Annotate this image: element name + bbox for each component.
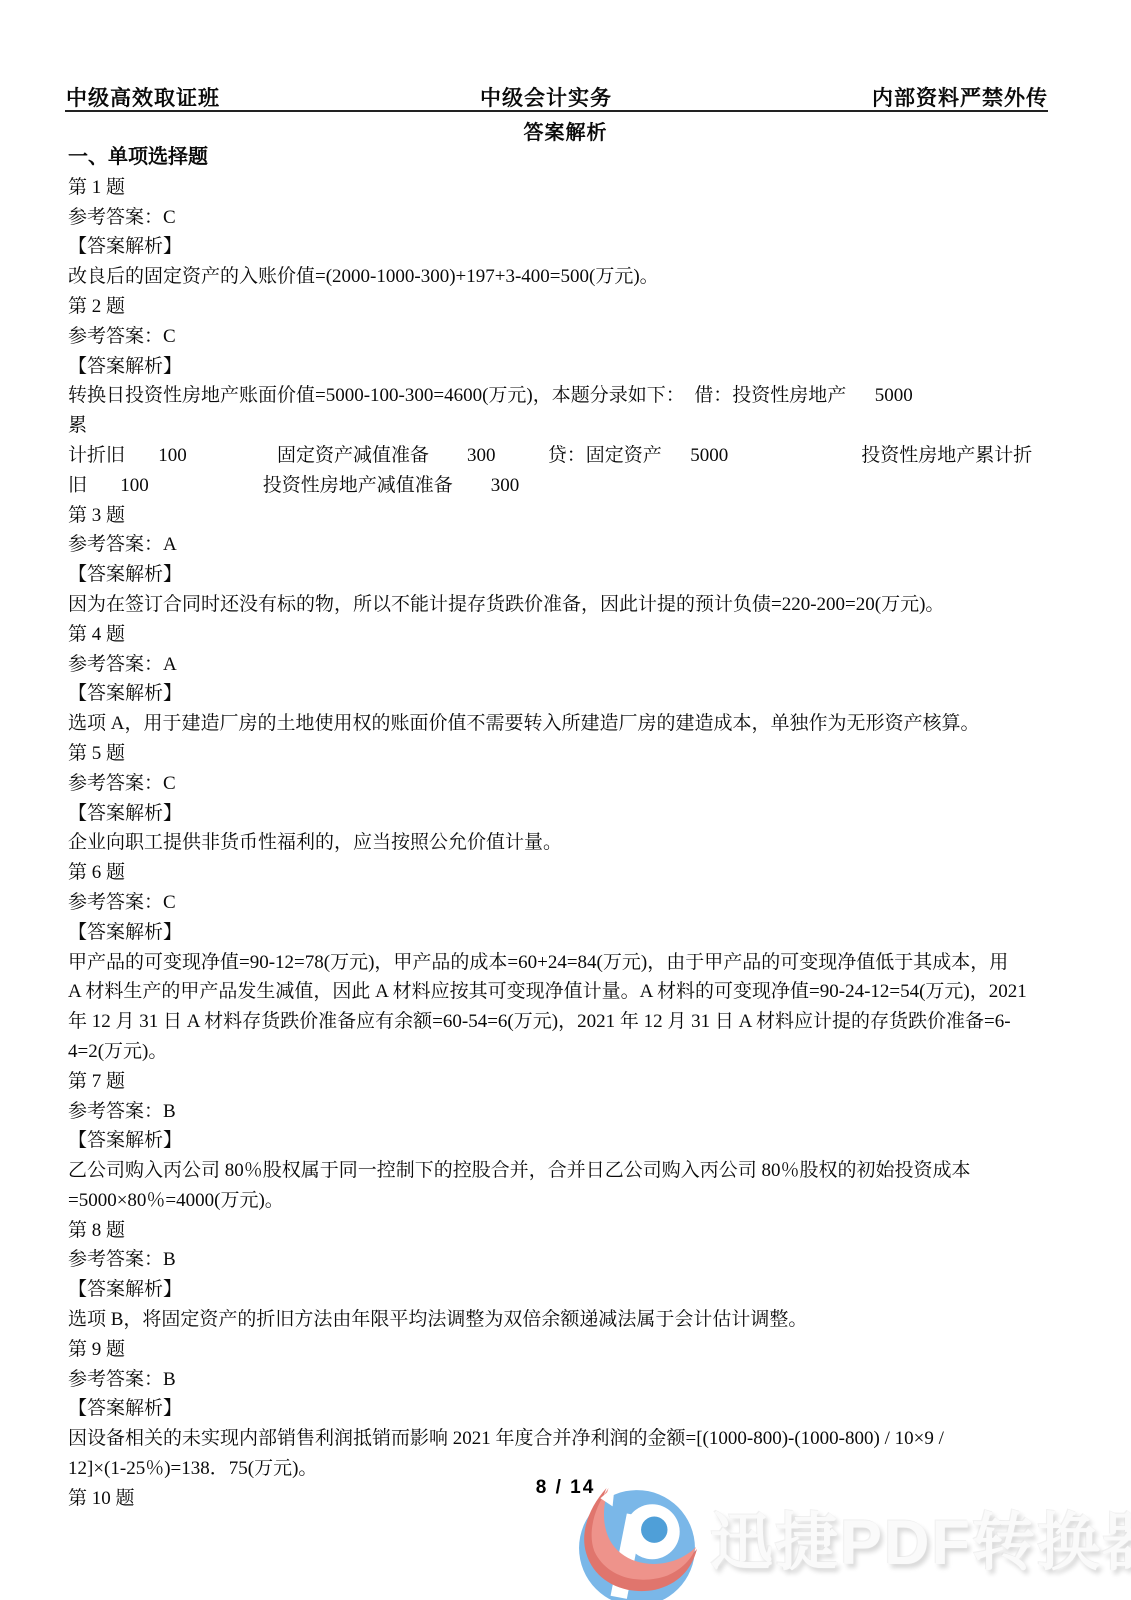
analysis-lines: 甲产品的可变现净值=90-12=78(万元)，甲产品的成本=60+24=84(万… <box>68 948 1047 1067</box>
analysis-line: 因设备相关的未实现内部销售利润抵销而影响 2021 年度合并净利润的金额=[(1… <box>68 1424 1047 1454</box>
question-block: 第 7 题 参考答案：B 【答案解析】 乙公司购入丙公司 80％股权属于同一控制… <box>68 1067 1047 1216</box>
analysis-line: 改良后的固定资产的入账价值=(2000-1000-300)+197+3-400=… <box>68 262 1047 292</box>
answers-content: 一、单项选择题 第 1 题 参考答案：C 【答案解析】 改良后的固定资产的入账价… <box>68 143 1047 1514</box>
analysis-heading: 【答案解析】 <box>68 560 1047 590</box>
analysis-line: 年 12 月 31 日 A 材料存货跌价准备应有余额=60-54=6(万元)，2… <box>68 1007 1047 1037</box>
analysis-lines: 因为在签订合同时还没有标的物，所以不能计提存货跌价准备，因此计提的预计负债=22… <box>68 590 1047 620</box>
analysis-line: 转换日投资性房地产账面价值=5000-100-300=4600(万元)，本题分录… <box>68 381 1047 441</box>
header-center: 中级会计实务 <box>480 82 612 112</box>
analysis-heading: 【答案解析】 <box>68 679 1047 709</box>
question-label: 第 2 题 <box>68 292 1047 322</box>
answer-line: 参考答案：B <box>68 1245 1047 1275</box>
header-left: 中级高效取证班 <box>66 82 220 112</box>
question-label: 第 1 题 <box>68 173 1047 203</box>
analysis-line: 选项 B，将固定资产的折旧方法由年限平均法调整为双倍余额递减法属于会计估计调整。 <box>68 1305 1047 1335</box>
analysis-line: =5000×80％=4000(万元)。 <box>68 1186 1047 1216</box>
answer-line: 参考答案：C <box>68 322 1047 352</box>
analysis-lines: 企业向职工提供非货币性福利的，应当按照公允价值计量。 <box>68 828 1047 858</box>
analysis-heading: 【答案解析】 <box>68 352 1047 382</box>
watermark: 迅捷PDF转换器 <box>576 1486 1131 1600</box>
header-divider <box>65 110 1048 112</box>
analysis-lines: 转换日投资性房地产账面价值=5000-100-300=4600(万元)，本题分录… <box>68 381 1047 500</box>
analysis-lines: 选项 A，用于建造厂房的土地使用权的账面价值不需要转入所建造厂房的建造成本，单独… <box>68 709 1047 739</box>
page-number: 8 / 14 <box>0 1477 1131 1499</box>
question-block: 第 2 题 参考答案：C 【答案解析】 转换日投资性房地产账面价值=5000-1… <box>68 292 1047 501</box>
analysis-heading: 【答案解析】 <box>68 1126 1047 1156</box>
analysis-line: 甲产品的可变现净值=90-12=78(万元)，甲产品的成本=60+24=84(万… <box>68 948 1047 978</box>
header-right: 内部资料严禁外传 <box>872 82 1048 112</box>
analysis-line: A 材料生产的甲产品发生减值，因此 A 材料应按其可变现净值计量。A 材料的可变… <box>68 977 1047 1007</box>
analysis-heading: 【答案解析】 <box>68 1394 1047 1424</box>
analysis-lines: 选项 B，将固定资产的折旧方法由年限平均法调整为双倍余额递减法属于会计估计调整。 <box>68 1305 1047 1335</box>
question-label: 第 3 题 <box>68 501 1047 531</box>
analysis-heading: 【答案解析】 <box>68 232 1047 262</box>
analysis-line: 4=2(万元)。 <box>68 1037 1047 1067</box>
analysis-line: 选项 A，用于建造厂房的土地使用权的账面价值不需要转入所建造厂房的建造成本，单独… <box>68 709 1047 739</box>
question-label: 第 5 题 <box>68 739 1047 769</box>
question-label: 第 6 题 <box>68 858 1047 888</box>
pdf-page: 中级高效取证班 中级会计实务 内部资料严禁外传 答案解析 一、单项选择题 第 1… <box>0 0 1131 1600</box>
question-block: 第 5 题 参考答案：C 【答案解析】 企业向职工提供非货币性福利的，应当按照公… <box>68 739 1047 858</box>
analysis-line: 企业向职工提供非货币性福利的，应当按照公允价值计量。 <box>68 828 1047 858</box>
question-label: 第 8 题 <box>68 1216 1047 1246</box>
analysis-lines: 因设备相关的未实现内部销售利润抵销而影响 2021 年度合并净利润的金额=[(1… <box>68 1424 1047 1484</box>
answer-line: 参考答案：C <box>68 203 1047 233</box>
question-label: 第 7 题 <box>68 1067 1047 1097</box>
analysis-line: 因为在签订合同时还没有标的物，所以不能计提存货跌价准备，因此计提的预计负债=22… <box>68 590 1047 620</box>
analysis-heading: 【答案解析】 <box>68 1275 1047 1305</box>
question-block: 第 6 题 参考答案：C 【答案解析】 甲产品的可变现净值=90-12=78(万… <box>68 858 1047 1067</box>
question-block: 第 4 题 参考答案：A 【答案解析】 选项 A，用于建造厂房的土地使用权的账面… <box>68 620 1047 739</box>
answer-line: 参考答案：B <box>68 1365 1047 1395</box>
page-title: 答案解析 <box>0 116 1131 145</box>
question-block: 第 1 题 参考答案：C 【答案解析】 改良后的固定资产的入账价值=(2000-… <box>68 173 1047 292</box>
analysis-line: 旧 100 投资性房地产减值准备 300 <box>68 471 1047 501</box>
questions-list: 第 1 题 参考答案：C 【答案解析】 改良后的固定资产的入账价值=(2000-… <box>68 173 1047 1514</box>
question-label: 第 9 题 <box>68 1335 1047 1365</box>
xunjie-pdf-converter-logo-icon <box>576 1486 698 1600</box>
analysis-lines: 改良后的固定资产的入账价值=(2000-1000-300)+197+3-400=… <box>68 262 1047 292</box>
page-header: 中级高效取证班 中级会计实务 内部资料严禁外传 <box>66 82 1048 112</box>
analysis-line: 乙公司购入丙公司 80％股权属于同一控制下的控股合并，合并日乙公司购入丙公司 8… <box>68 1156 1047 1186</box>
question-block: 第 8 题 参考答案：B 【答案解析】 选项 B，将固定资产的折旧方法由年限平均… <box>68 1216 1047 1335</box>
answer-line: 参考答案：B <box>68 1097 1047 1127</box>
question-label: 第 4 题 <box>68 620 1047 650</box>
question-block: 第 9 题 参考答案：B 【答案解析】 因设备相关的未实现内部销售利润抵销而影响… <box>68 1335 1047 1484</box>
analysis-heading: 【答案解析】 <box>68 918 1047 948</box>
section-title: 一、单项选择题 <box>68 143 1047 173</box>
watermark-text: 迅捷PDF转换器 <box>710 1492 1131 1583</box>
answer-line: 参考答案：A <box>68 530 1047 560</box>
analysis-line: 计折旧 100 固定资产减值准备 300 贷：固定资产 5000 投资性房地产累… <box>68 441 1047 471</box>
analysis-heading: 【答案解析】 <box>68 799 1047 829</box>
analysis-lines: 乙公司购入丙公司 80％股权属于同一控制下的控股合并，合并日乙公司购入丙公司 8… <box>68 1156 1047 1216</box>
answer-line: 参考答案：A <box>68 650 1047 680</box>
answer-line: 参考答案：C <box>68 769 1047 799</box>
answer-line: 参考答案：C <box>68 888 1047 918</box>
question-block: 第 3 题 参考答案：A 【答案解析】 因为在签订合同时还没有标的物，所以不能计… <box>68 501 1047 620</box>
